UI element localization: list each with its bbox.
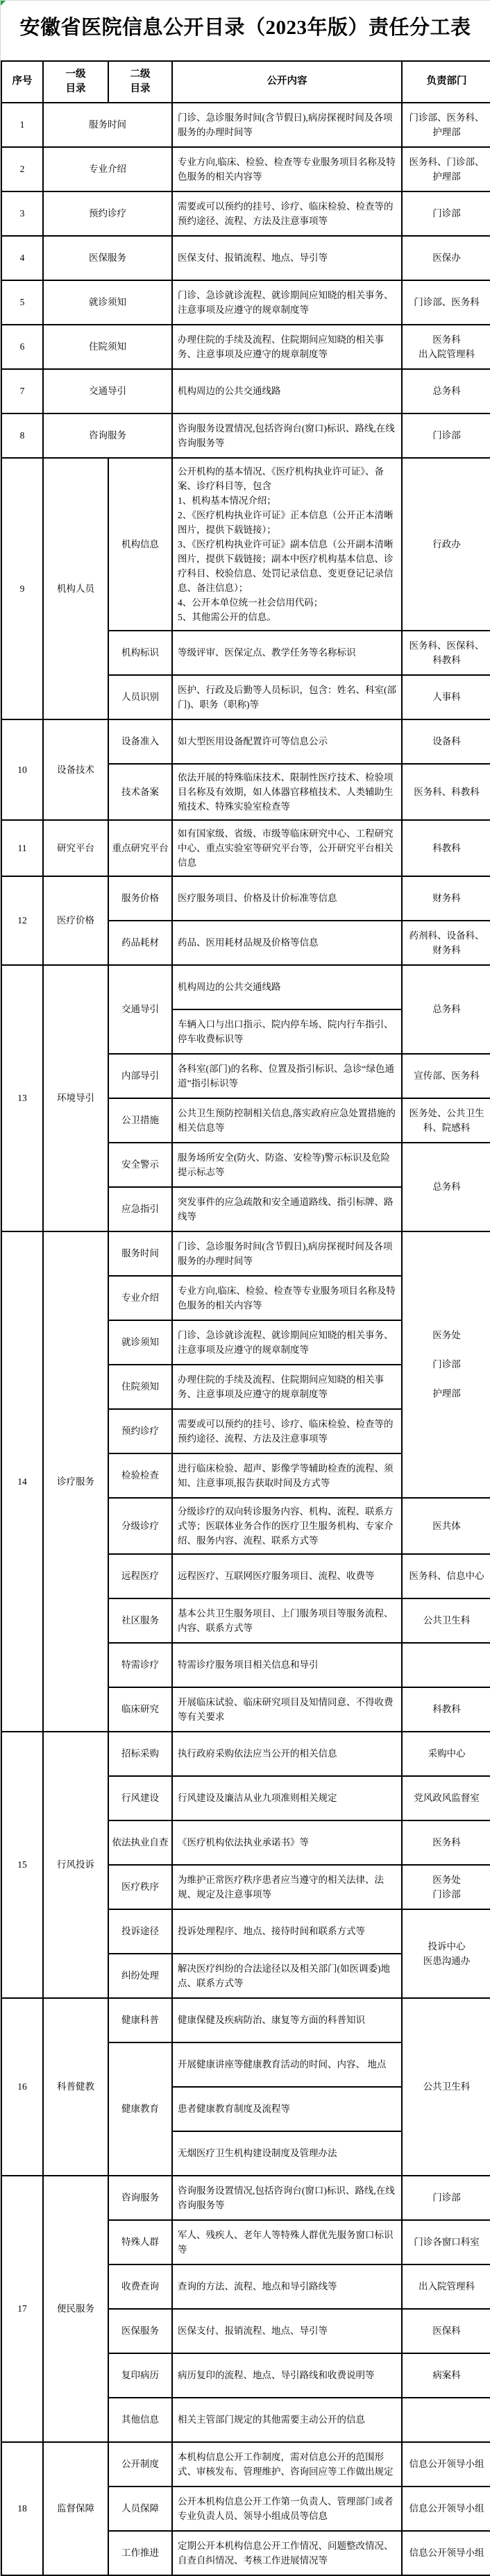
table-row: 18 监督保障 公开制度 本机构信息公开工作制度，需对信息公开的范围形式、审核发…	[1, 2442, 490, 2487]
dept-cell: 医务科 出入院管理科	[402, 325, 490, 369]
content-cell: 门诊、急诊服务时间(含节假日),病房探视时间及各项服务的办理时间等	[172, 1231, 402, 1276]
dept-cell: 宣传部、医务科	[402, 1054, 490, 1098]
level2-cell: 公开制度	[108, 2442, 172, 2487]
level2-cell: 咨询服务	[108, 2176, 172, 2220]
level2-cell: 交通导引	[108, 965, 172, 1054]
responsibility-table: 序号 一级 目录 二级 目录 公开内容 负责部门 1 服务时间 门诊、急诊服务时…	[1, 60, 490, 2576]
level2-cell: 其他信息	[108, 2398, 172, 2442]
directory-cell: 咨询服务	[43, 413, 172, 458]
level2-cell: 服务价格	[108, 876, 172, 921]
table-row: 7 交通导引 机构周边的公共交通线路 总务科	[1, 369, 490, 413]
content-cell: 医疗服务项目、价格及计价标准等信息	[172, 876, 402, 921]
seq-cell: 14	[1, 1231, 43, 1732]
dept-cell: 投诉中心 医患沟通办	[402, 1909, 490, 1998]
content-cell: 机构周边的公共交通线路	[172, 965, 402, 1009]
dept-cell: 人事科	[402, 675, 490, 719]
table-row: 15 行风投诉 招标采购 执行政府采购依法应当公开的相关信息 采购中心	[1, 1732, 490, 1776]
content-cell: 健康保健及疾病防治、康复等方面的科普知识	[172, 1998, 402, 2042]
level2-cell: 医保服务	[108, 2309, 172, 2353]
content-cell: 咨询服务设置情况,包括咨询台(窗口)标识、路线,在线咨询服务等	[172, 2176, 402, 2220]
level2-cell: 专业介绍	[108, 1276, 172, 1320]
level2-cell: 健康科普	[108, 1998, 172, 2042]
dept-cell: 科教科	[402, 820, 490, 876]
dept-cell: 设备科	[402, 719, 490, 764]
dept-cell: 医务科、信息中心	[402, 1554, 490, 1598]
level2-cell: 特殊人群	[108, 2220, 172, 2264]
level2-cell: 内部导引	[108, 1054, 172, 1098]
level1-cell: 研究平台	[43, 820, 108, 876]
table-row: 17 便民服务 咨询服务 咨询服务设置情况,包括咨询台(窗口)标识、路线,在线咨…	[1, 2176, 490, 2220]
content-cell: 服务场所安全(防火、防盗、安检等)警示标识及危险提示标志等	[172, 1143, 402, 1187]
content-cell: 药品、医用耗材品规及价格等信息	[172, 921, 402, 965]
level1-cell: 医疗价格	[43, 876, 108, 965]
seq-cell: 7	[1, 369, 43, 413]
level2-cell: 药品耗材	[108, 921, 172, 965]
directory-cell: 交通导引	[43, 369, 172, 413]
table-row: 1 服务时间 门诊、急诊服务时间(含节假日),病房探视时间及各项服务的办理时间等…	[1, 103, 490, 147]
level2-cell: 服务时间	[108, 1231, 172, 1276]
content-cell: 公共卫生预防控制相关信息,落实政府应急处置措施的相关信息等	[172, 1098, 402, 1143]
content-cell: 定期公开本机构信息公开工作情况、问题整改情况、自查自纠情况、考核工作进展情况等	[172, 2531, 402, 2575]
content-cell: 等级评审、医保定点、教学任务等名称标识	[172, 631, 402, 675]
dept-cell: 医保办	[402, 236, 490, 280]
table-row: 3 预约诊疗 需要或可以预约的挂号、诊疗、临床检验、检查等的预约途径、流程、方法…	[1, 191, 490, 236]
dept-cell: 门诊各窗口科室	[402, 2220, 490, 2264]
dept-cell: 信息公开领导小组	[402, 2487, 490, 2531]
seq-cell: 15	[1, 1732, 43, 1998]
content-cell: 行风建设及廉洁从业九项准则相关规定	[172, 1776, 402, 1820]
dept-cell: 医共体	[402, 1498, 490, 1554]
level2-cell: 设备准入	[108, 719, 172, 764]
seq-cell: 10	[1, 719, 43, 820]
header-content: 公开内容	[172, 61, 402, 103]
content-cell: 门诊、急诊服务时间(含节假日),病房探视时间及各项服务的办理时间等	[172, 103, 402, 147]
table-row: 6 住院须知 办理住院的手续及流程、住院期间应知晓的相关事务、注意事项及应遵守的…	[1, 325, 490, 369]
level2-cell: 临床研究	[108, 1687, 172, 1732]
dept-cell: 病案科	[402, 2353, 490, 2398]
content-cell: 突发事件的应急疏散和安全通道路线、指引标牌、路线等	[172, 1187, 402, 1231]
level2-cell: 分级诊疗	[108, 1498, 172, 1554]
seq-cell: 11	[1, 820, 43, 876]
level1-cell: 监督保障	[43, 2442, 108, 2575]
dept-cell: 门诊部	[402, 2176, 490, 2220]
content-cell: 机构周边的公共交通线路	[172, 369, 402, 413]
seq-cell: 17	[1, 2176, 43, 2442]
level2-cell: 就诊须知	[108, 1320, 172, 1365]
content-cell: 分级诊疗的双向转诊服务内容、机构、流程、联系方式等；医联体业务合作的医疗卫生服务…	[172, 1498, 402, 1554]
dept-cell: 采购中心	[402, 1732, 490, 1776]
content-cell: 办理住院的手续及流程、住院期间应知晓的相关事务、注意事项及应遵守的规章制度等	[172, 1365, 402, 1409]
content-cell: 投诉处理程序、地点、接待时间和联系方式等	[172, 1909, 402, 1954]
level2-cell: 复印病历	[108, 2353, 172, 2398]
seq-cell: 2	[1, 147, 43, 191]
header-seq: 序号	[1, 61, 43, 103]
content-cell: 为维护正常医疗秩序患者应当遵守的相关法律、法规、规定及注意事项等	[172, 1865, 402, 1909]
level2-cell: 安全警示	[108, 1143, 172, 1187]
dept-cell: 药剂科、设备科、财务科	[402, 921, 490, 965]
dept-cell: 党风政风监督室	[402, 1776, 490, 1820]
content-cell: 查询的方法、流程、地点和导引路线等	[172, 2264, 402, 2309]
dept-cell: 医保科	[402, 2309, 490, 2353]
level2-cell: 纠纷处理	[108, 1954, 172, 1998]
dept-cell: 科教科	[402, 1687, 490, 1732]
table-row: 13 环境导引 交通导引 机构周边的公共交通线路 总务科	[1, 965, 490, 1009]
level2-cell: 机构信息	[108, 458, 172, 631]
content-cell: 车辆入口与出口指示、院内停车场、院内行车指引、停车收费标识等	[172, 1009, 402, 1054]
seq-cell: 16	[1, 1998, 43, 2176]
level1-cell: 诊疗服务	[43, 1231, 108, 1732]
dept-cell: 医务科、科教科	[402, 764, 490, 820]
level2-cell: 医疗秩序	[108, 1865, 172, 1909]
level2-cell: 住院须知	[108, 1365, 172, 1409]
content-cell: 解决医疗纠纷的合法途径以及相关部门(如医调委)地点、联系方式等	[172, 1954, 402, 1998]
content-cell: 基本公共卫生服务项目、上门服务项目等服务流程、内容、联系方式等	[172, 1598, 402, 1643]
content-cell: 进行临床检验、超声、影像学等辅助检查的流程、须知、注意事项,报告获取时间及方式等	[172, 1453, 402, 1498]
dept-cell: 行政办	[402, 458, 490, 631]
seq-cell: 6	[1, 325, 43, 369]
dept-cell: 总务科	[402, 965, 490, 1054]
table-row: 2 专业介绍 专业方向,临床、检验、检查等专业服务项目名称及特色服务的相关内容等…	[1, 147, 490, 191]
table-row: 14 诊疗服务 服务时间 门诊、急诊服务时间(含节假日),病房探视时间及各项服务…	[1, 1231, 490, 1276]
content-cell: 如大型医用设备配置许可等信息公示	[172, 719, 402, 764]
table-row: 11 研究平台 重点研究平台 如有国家级、省级、市级等临床研究中心、工程研究中心…	[1, 820, 490, 876]
level1-cell: 设备技术	[43, 719, 108, 820]
level2-cell: 行风建设	[108, 1776, 172, 1820]
dept-cell: 信息公开领导小组	[402, 2442, 490, 2487]
table-row: 16 科普健教 健康科普 健康保健及疾病防治、康复等方面的科普知识 公共卫生科	[1, 1998, 490, 2042]
page-title: 安徽省医院信息公开目录（2023年版）责任分工表	[5, 15, 486, 42]
table-row: 9 机构人员 机构信息 公开机构的基本情况、《医疗机构执业许可证》、备案、诊疗科…	[1, 458, 490, 631]
level2-cell: 工作推进	[108, 2531, 172, 2575]
content-cell: 远程医疗、互联网医疗服务项目、流程、收费等	[172, 1554, 402, 1598]
content-cell: 办理住院的手续及流程、住院期间应知晓的相关事务、注意事项及应遵守的规章制度等	[172, 325, 402, 369]
level2-cell: 招标采购	[108, 1732, 172, 1776]
dept-cell: 医务科、门诊部、护理部	[402, 147, 490, 191]
dept-cell: 医务科	[402, 1820, 490, 1865]
level2-cell: 公卫措施	[108, 1098, 172, 1143]
table-row: 12 医疗价格 服务价格 医疗服务项目、价格及计价标准等信息 财务科	[1, 876, 490, 921]
level2-cell: 依法执业自查	[108, 1820, 172, 1865]
seq-cell: 13	[1, 965, 43, 1231]
content-cell: 本机构信息公开工作制度，需对信息公开的范围形式、审核发布、管理维护、咨询回应等工…	[172, 2442, 402, 2487]
dept-cell: 公共卫生科	[402, 1998, 490, 2176]
content-cell: 《医疗机构依法执业承诺书》等	[172, 1820, 402, 1865]
level2-cell: 检验检查	[108, 1453, 172, 1498]
level2-cell: 技术备案	[108, 764, 172, 820]
dept-cell: 公共卫生科	[402, 1598, 490, 1643]
header-level1: 一级 目录	[43, 61, 108, 103]
content-cell: 咨询服务设置情况,包括咨询台(窗口)标识、路线,在线咨询服务等	[172, 413, 402, 458]
seq-cell: 3	[1, 191, 43, 236]
dept-cell: 医务处 门诊部 护理部	[402, 1231, 490, 1498]
dept-cell: 医务科、医保科、科教科	[402, 631, 490, 675]
level1-cell: 科普健教	[43, 1998, 108, 2176]
level2-cell: 重点研究平台	[108, 820, 172, 876]
content-cell: 门诊、急诊就诊流程、就诊期间应知晓的相关事务、注意事项及应遵守的规章制度等	[172, 280, 402, 325]
content-cell: 公开本机构信息公开工作第一负责人、管理部门或者专业负责人员、领导小组成员等信息	[172, 2487, 402, 2531]
dept-cell: 出入院管理科	[402, 2264, 490, 2309]
seq-cell: 18	[1, 2442, 43, 2575]
header-level2: 二级 目录	[108, 61, 172, 103]
seq-cell: 12	[1, 876, 43, 965]
dept-cell: 门诊部	[402, 413, 490, 458]
content-cell: 公开机构的基本情况、《医疗机构执业许可证》、备案、诊疗科目等，包含 1、机构基本…	[172, 458, 402, 631]
content-cell: 依法开展的特殊临床技术、限制性医疗技术、检验项目名称及有效期，如人体器官移植技术…	[172, 764, 402, 820]
dept-cell: 信息公开领导小组	[402, 2531, 490, 2575]
content-cell: 执行政府采购依法应当公开的相关信息	[172, 1732, 402, 1776]
content-cell: 如有国家级、省级、市级等临床研究中心、工程研究中心、重点实验室等研究平台等，公开…	[172, 820, 402, 876]
content-cell: 医保支付、报销流程、地点、导引等	[172, 2309, 402, 2353]
dept-cell: 门诊部、医务科、护理部	[402, 103, 490, 147]
document-sheet: 安徽省医院信息公开目录（2023年版）责任分工表 序号 一级 目录 二级 目录 …	[0, 0, 490, 2576]
level2-cell: 人员保障	[108, 2487, 172, 2531]
content-cell: 患者健康教育制度及流程等	[172, 2087, 402, 2131]
dept-cell: 门诊部、医务科	[402, 280, 490, 325]
level2-cell: 投诉途径	[108, 1909, 172, 1954]
level2-cell: 社区服务	[108, 1598, 172, 1643]
dept-cell: 医务处、公共卫生科、院感科	[402, 1098, 490, 1143]
content-cell: 相关主管部门规定的其他需要主动公开的信息	[172, 2398, 402, 2442]
header-dept: 负责部门	[402, 61, 490, 103]
level2-cell: 远程医疗	[108, 1554, 172, 1598]
content-cell: 专业方向,临床、检验、检查等专业服务项目名称及特色服务的相关内容等	[172, 1276, 402, 1320]
content-cell: 需要或可以预约的挂号、诊疗、临床检验、检查等的预约途径、流程、方法及注意事项等	[172, 1409, 402, 1453]
table-row: 8 咨询服务 咨询服务设置情况,包括咨询台(窗口)标识、路线,在线咨询服务等 门…	[1, 413, 490, 458]
seq-cell: 1	[1, 103, 43, 147]
dept-cell: 财务科	[402, 876, 490, 921]
directory-cell: 服务时间	[43, 103, 172, 147]
content-cell: 门诊、急诊就诊流程、就诊期间应知晓的相关事务、注意事项及应遵守的规章制度等	[172, 1320, 402, 1365]
table-row: 4 医保服务 医保支付、报销流程、地点、导引等 医保办	[1, 236, 490, 280]
level2-cell: 健康教育	[108, 2042, 172, 2176]
content-cell: 各科室(部门)的名称、位置及指引标识、急诊“绿色通道”指引标识等	[172, 1054, 402, 1098]
directory-cell: 专业介绍	[43, 147, 172, 191]
level1-cell: 便民服务	[43, 2176, 108, 2442]
level1-cell: 环境导引	[43, 965, 108, 1231]
dept-cell	[402, 1643, 490, 1687]
seq-cell: 5	[1, 280, 43, 325]
dept-cell	[402, 2398, 490, 2442]
level2-cell: 应急指引	[108, 1187, 172, 1231]
content-cell: 军人、残疾人、老年人等特殊人群优先服务窗口标识等	[172, 2220, 402, 2264]
directory-cell: 预约诊疗	[43, 191, 172, 236]
level2-cell: 预约诊疗	[108, 1409, 172, 1453]
seq-cell: 9	[1, 458, 43, 719]
table-row: 5 就诊须知 门诊、急诊就诊流程、就诊期间应知晓的相关事务、注意事项及应遵守的规…	[1, 280, 490, 325]
directory-cell: 就诊须知	[43, 280, 172, 325]
green-corner-icon	[1, 1, 6, 6]
dept-cell: 医务处 门诊部	[402, 1865, 490, 1909]
level2-cell: 人员识别	[108, 675, 172, 719]
content-cell: 开展健康讲座等健康教育活动的时间、内容、 地点	[172, 2042, 402, 2087]
directory-cell: 住院须知	[43, 325, 172, 369]
dept-cell: 总务科	[402, 1143, 490, 1231]
level2-cell: 收费查询	[108, 2264, 172, 2309]
content-cell: 特需诊疗服务项目相关信息和导引	[172, 1643, 402, 1687]
directory-cell: 医保服务	[43, 236, 172, 280]
level2-cell: 特需诊疗	[108, 1643, 172, 1687]
dept-cell: 门诊部	[402, 191, 490, 236]
table-header-row: 序号 一级 目录 二级 目录 公开内容 负责部门	[1, 61, 490, 103]
level2-cell: 机构标识	[108, 631, 172, 675]
table-row: 10 设备技术 设备准入 如大型医用设备配置许可等信息公示 设备科	[1, 719, 490, 764]
seq-cell: 4	[1, 236, 43, 280]
content-cell: 病历复印的流程、地点、导引路线和收费说明等	[172, 2353, 402, 2398]
dept-cell: 总务科	[402, 369, 490, 413]
content-cell: 开展临床试验、临床研究项目及知情同意、不得收费等有关要求	[172, 1687, 402, 1732]
content-cell: 医护、行政及后勤等人员标识，包含：姓名、科室(部门)、职务（职称)等	[172, 675, 402, 719]
content-cell: 医保支付、报销流程、地点、导引等	[172, 236, 402, 280]
content-cell: 无烟医疗卫生机构建设制度及管理办法	[172, 2131, 402, 2176]
level1-cell: 机构人员	[43, 458, 108, 719]
content-cell: 需要或可以预约的挂号、诊疗、临床检验、检查等的预约途径、流程、方法及注意事项等	[172, 191, 402, 236]
seq-cell: 8	[1, 413, 43, 458]
level1-cell: 行风投诉	[43, 1732, 108, 1998]
content-cell: 专业方向,临床、检验、检查等专业服务项目名称及特色服务的相关内容等	[172, 147, 402, 191]
